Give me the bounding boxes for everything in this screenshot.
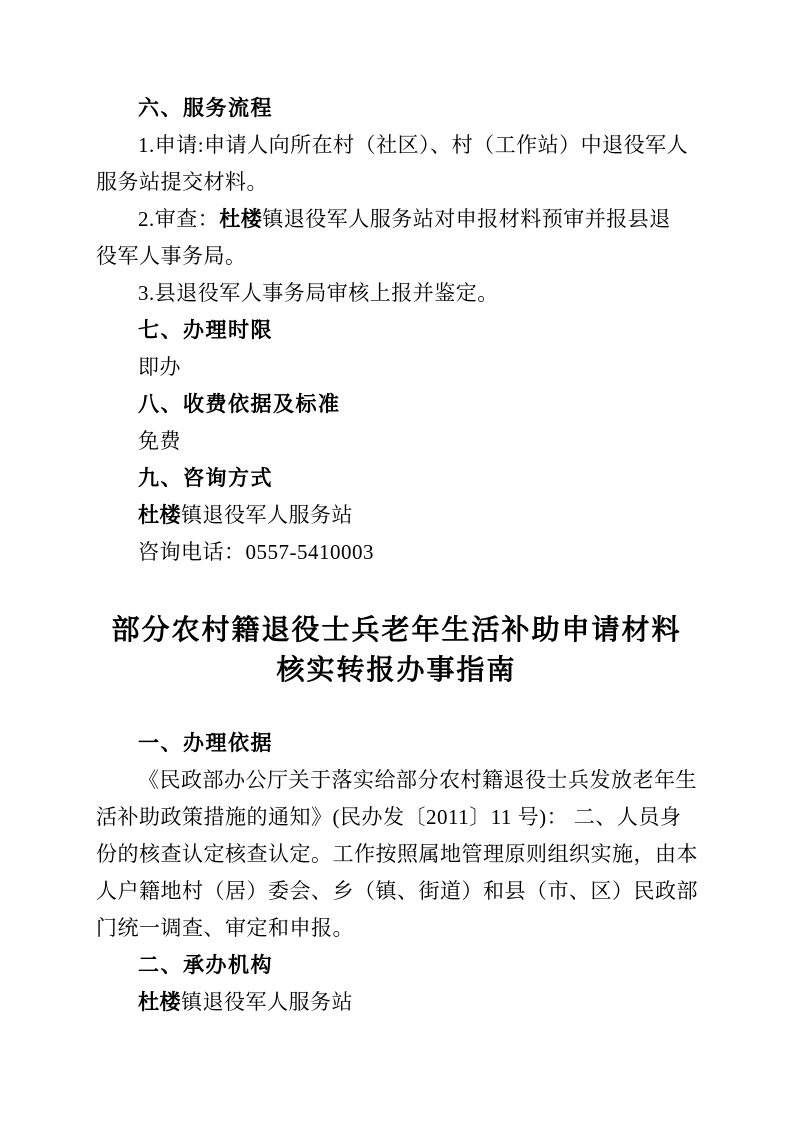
heading-agency: 二、承办机构	[96, 947, 697, 984]
guide2-title-line2: 核实转报办事指南	[96, 651, 697, 691]
fees-value: 免费	[96, 423, 697, 460]
guide2-title-line1: 部分农村籍退役士兵老年生活补助申请材料	[96, 611, 697, 651]
agency-org-bold: 杜楼	[138, 991, 181, 1014]
basis-line2: 活补助政策措施的通知》(民办发〔2011〕11 号)： 二、人员身	[96, 799, 697, 836]
step1-line2: 服务站提交材料。	[96, 164, 697, 201]
agency-org-rest: 镇退役军人服务站	[181, 990, 353, 1014]
consultation-org-line: 杜楼镇退役军人服务站	[96, 497, 697, 534]
agency-org-line: 杜楼镇退役军人服务站	[96, 984, 697, 1021]
step2-rest: 镇退役军人服务站对申报材料预审并报县退	[262, 207, 671, 231]
guide2-title: 部分农村籍退役士兵老年生活补助申请材料 核实转报办事指南	[96, 611, 697, 691]
step2-line2: 役军人事务局。	[96, 238, 697, 275]
basis-line1: 《民政部办公厅关于落实给部分农村籍退役士兵发放老年生	[96, 762, 697, 799]
consultation-phone-line: 咨询电话：0557-5410003	[96, 534, 697, 571]
step2-org-bold: 杜楼	[219, 208, 262, 231]
basis-line4: 人户籍地村（居）委会、乡（镇、街道）和县（市、区）民政部	[96, 873, 697, 910]
heading-time-limit: 七、办理时限	[96, 312, 697, 349]
step3-line: 3.县退役军人事务局审核上报并鉴定。	[96, 275, 697, 312]
basis-line3: 份的核查认定核查认定。工作按照属地管理原则组织实施，由本	[96, 836, 697, 873]
document-page: 六、服务流程 1.申请:申请人向所在村（社区）、村（工作站）中退役军人 服务站提…	[0, 0, 793, 1122]
step1-line1: 1.申请:申请人向所在村（社区）、村（工作站）中退役军人	[96, 127, 697, 164]
heading-fees: 八、收费依据及标准	[96, 386, 697, 423]
heading-consultation: 九、咨询方式	[96, 460, 697, 497]
step2-line1: 2.审查：杜楼镇退役军人服务站对申报材料预审并报县退	[96, 201, 697, 238]
heading-service-flow: 六、服务流程	[96, 90, 697, 127]
consultation-org-bold: 杜楼	[138, 504, 181, 527]
step2-prefix: 2.审查：	[138, 207, 219, 231]
consultation-org-rest: 镇退役军人服务站	[181, 503, 353, 527]
heading-basis: 一、办理依据	[96, 725, 697, 762]
basis-line5: 门统一调查、审定和申报。	[96, 910, 697, 947]
time-limit-value: 即办	[96, 349, 697, 386]
